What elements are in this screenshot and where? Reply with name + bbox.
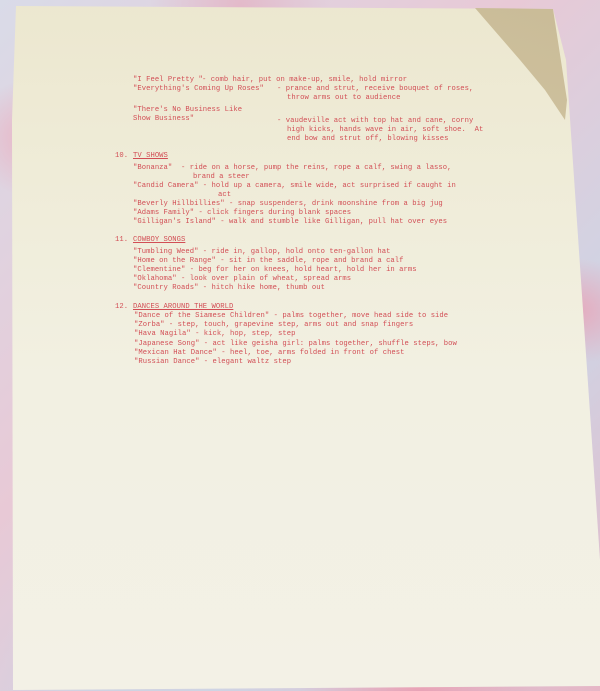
list-item: "Beverly Hillbillies" - snap suspenders,… [133, 200, 443, 209]
section-heading: DANCES AROUND THE WORLD [133, 303, 233, 312]
list-item: "Zorba" - step, touch, grapevine step, a… [134, 321, 413, 330]
list-item: "Home on the Range" - sit in the saddle,… [133, 257, 404, 266]
list-item: "Bonanza" - ride on a horse, pump the re… [133, 164, 452, 173]
section-number: 12. [115, 303, 128, 312]
song-title-cont: Show Business" [133, 115, 194, 124]
song-action-cont: throw arms out to audience [287, 94, 400, 103]
list-item-cont: act [218, 191, 231, 200]
list-item: "Gilligan's Island" - walk and stumble l… [133, 218, 447, 227]
list-item: "Oklahoma" - look over plain of wheat, s… [133, 275, 351, 284]
list-item: "Russian Dance" - elegant waltz step [134, 358, 291, 367]
list-item: "Adams Family" - click fingers during bl… [133, 209, 351, 218]
section-number: 11. [115, 236, 128, 245]
section-heading: COWBOY SONGS [133, 236, 185, 245]
section-heading: TV SHOWS [133, 152, 168, 161]
list-item: "Clementine" - beg for her on knees, hol… [133, 266, 417, 275]
list-item: "Hava Nagila" - kick, hop, step, step [134, 330, 295, 339]
song-title: "Everything's Coming Up Roses" [133, 85, 264, 94]
song-title: "There's No Business Like [133, 106, 242, 115]
song-action-cont: high kicks, hands wave in air, soft shoe… [287, 126, 483, 135]
song-action: - vaudeville act with top hat and cane, … [277, 117, 473, 126]
list-item: "Dance of the Siamese Children" - palms … [134, 312, 448, 321]
typed-document: "I Feel Pretty " - comb hair, put on mak… [0, 0, 600, 378]
list-item: "Candid Camera" - hold up a camera, smil… [133, 182, 456, 191]
list-item: "Country Roads" - hitch hike home, thumb… [133, 284, 325, 293]
song-title: "I Feel Pretty " [133, 76, 203, 85]
section-number: 10. [115, 152, 128, 161]
song-action: - prance and strut, receive bouquet of r… [277, 85, 473, 94]
song-action-cont: end bow and strut off, blowing kisses [287, 135, 448, 144]
list-item: "Japanese Song" - act like geisha girl: … [134, 340, 457, 349]
song-action: - comb hair, put on make-up, smile, hold… [202, 76, 407, 85]
list-item: "Tumbling Weed" - ride in, gallop, hold … [133, 248, 390, 257]
list-item: "Mexican Hat Dance" - heel, toe, arms fo… [134, 349, 405, 358]
list-item-cont: brand a steer [193, 173, 250, 182]
